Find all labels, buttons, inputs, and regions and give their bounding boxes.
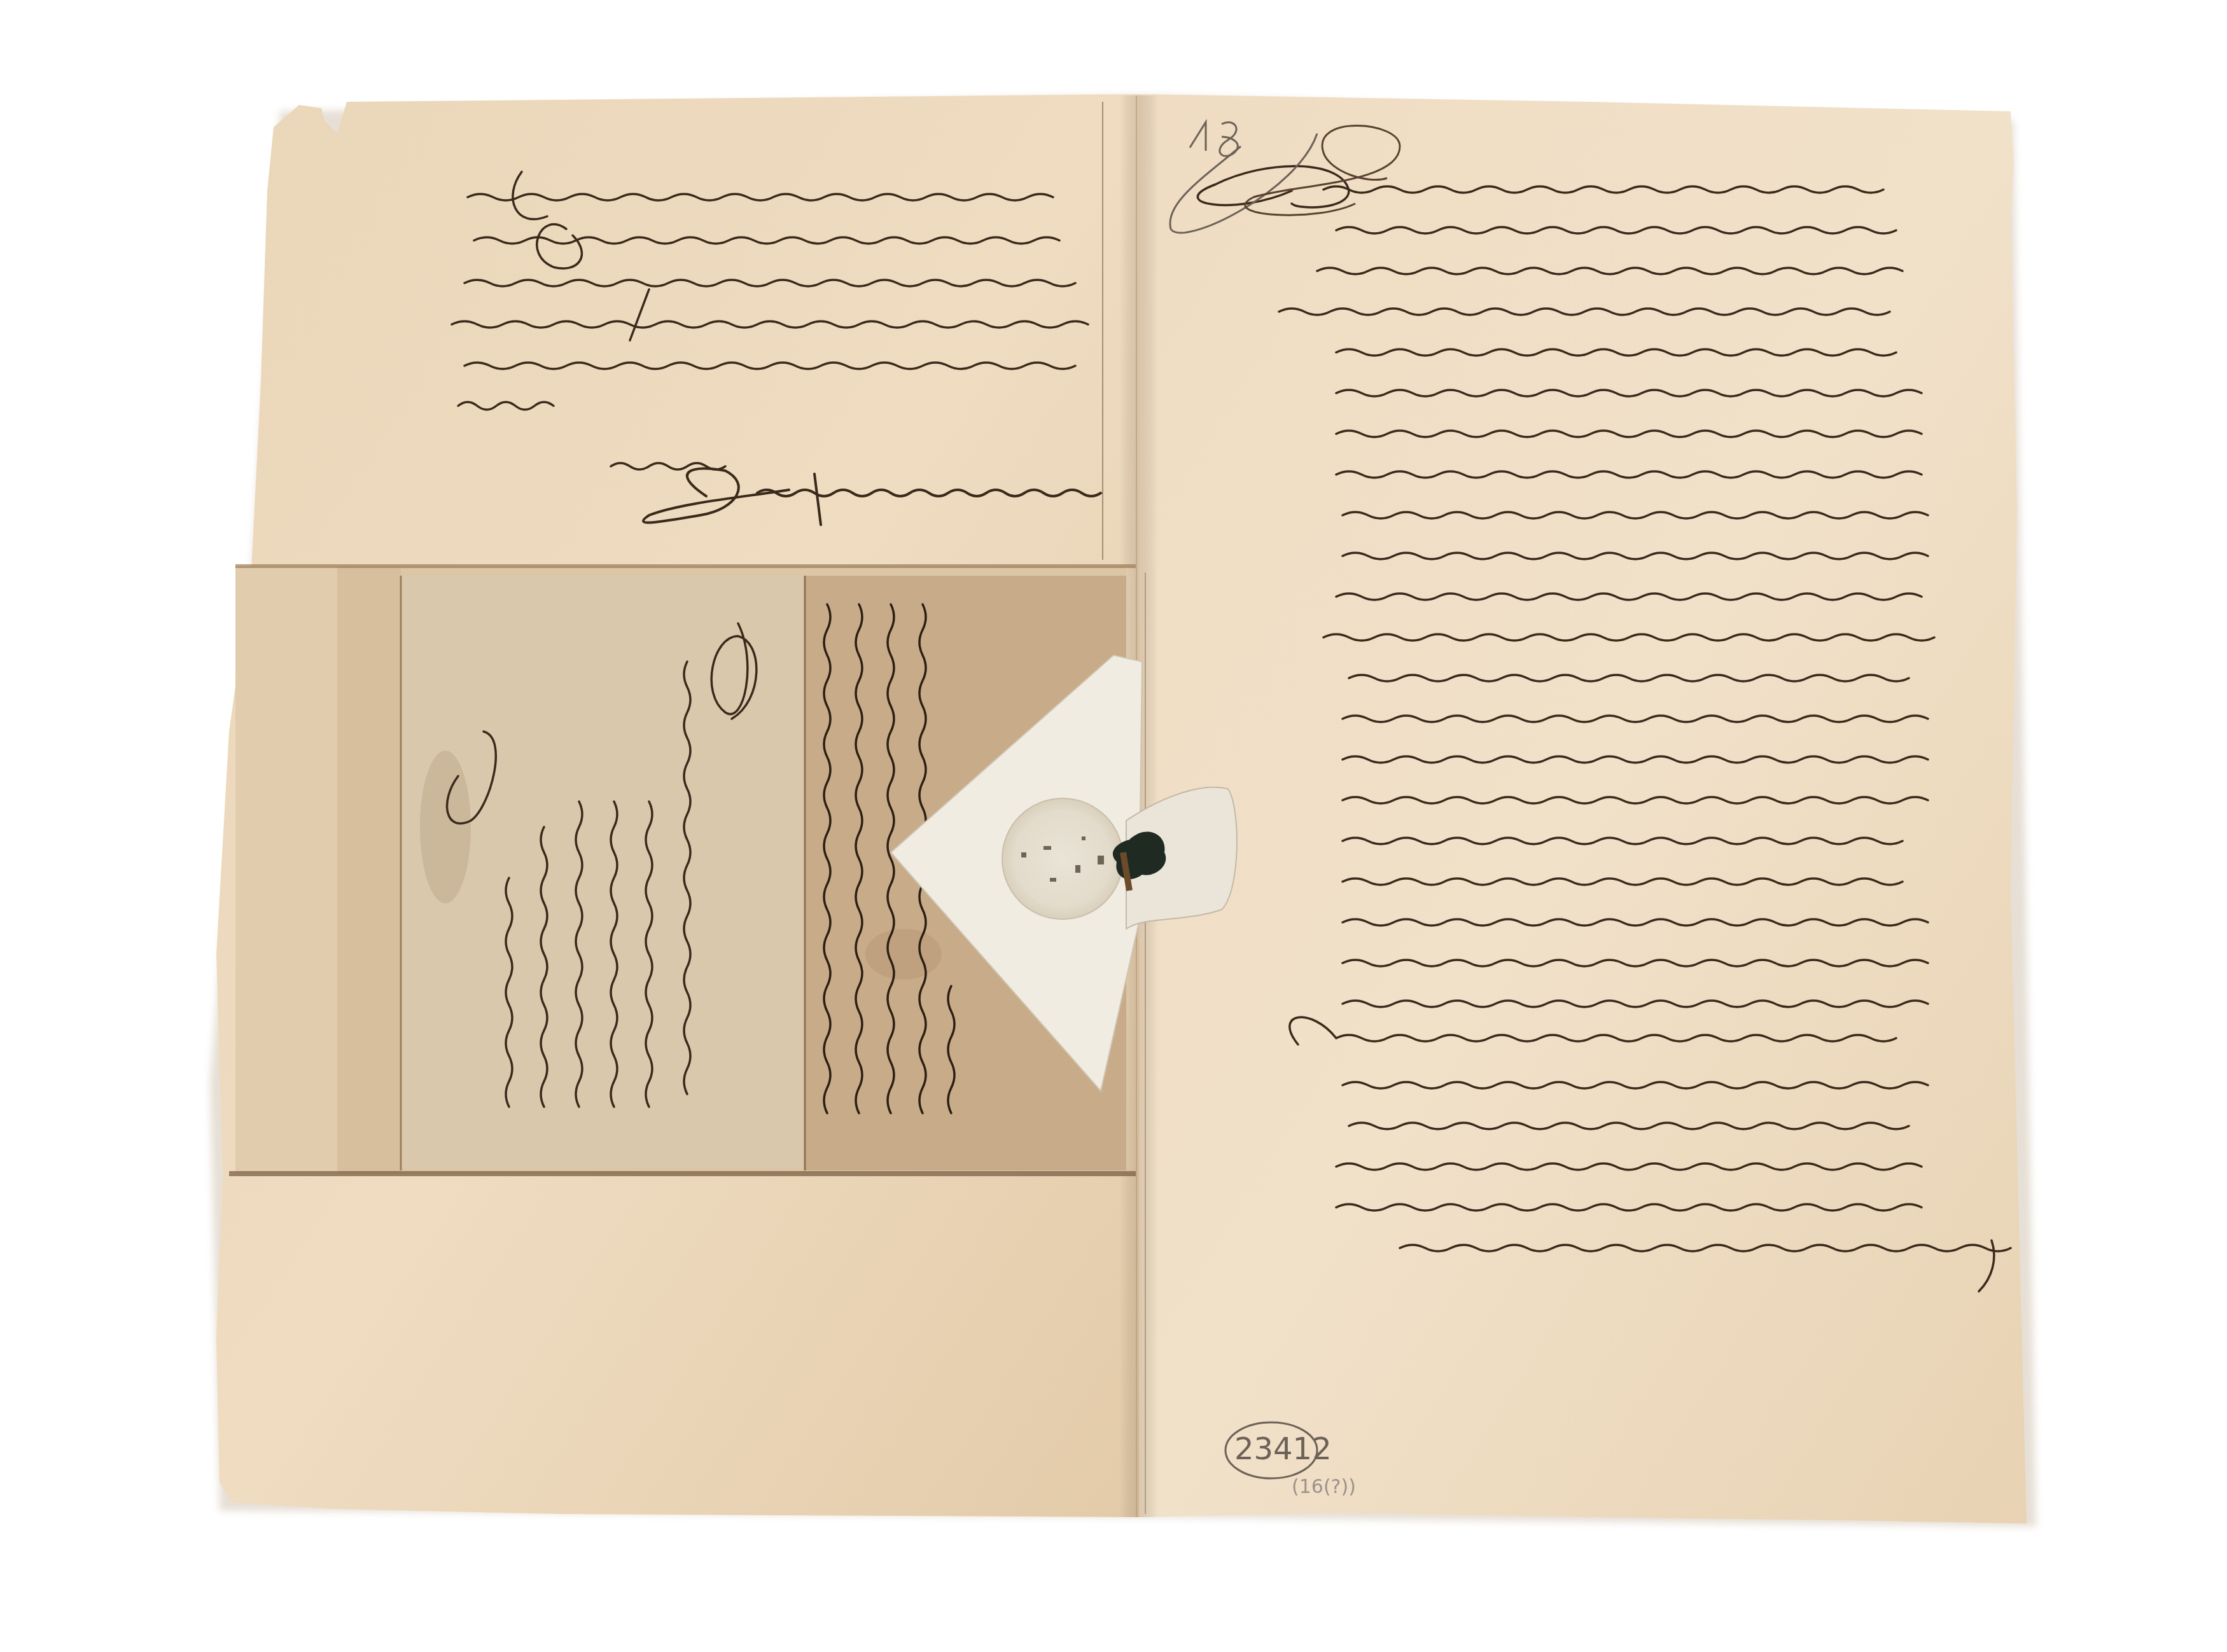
document-photo: 23412 (16(?)) 18 — [0, 0, 2227, 1652]
folio-number: 18 — [1183, 113, 1234, 151]
catalog-number: 23412 — [1234, 1430, 1311, 1468]
right-page — [1139, 94, 2027, 1524]
document-illustration — [0, 0, 2227, 1652]
catalog-secondary-note: (16(?)) — [1292, 1475, 1368, 1500]
